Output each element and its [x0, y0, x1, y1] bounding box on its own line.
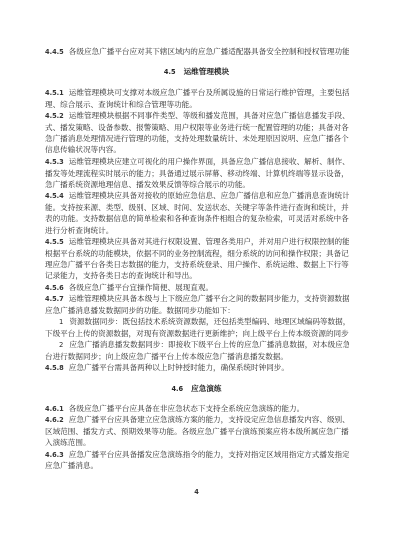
- clause-4-5-5-cont: 记录能力，支持各类日志的查询统计和导出。: [45, 270, 349, 281]
- clause-4-5-2-cont: 式、播发策略、设备参数、报警策略、用户权限等业务进行统一配置管理的功能；具备对各…: [45, 122, 349, 133]
- clause-4-5-1: 4.5.1运维管理模块可支撑对本级应急广播平台及所属设施的日常运行维护管理，主要…: [45, 87, 349, 98]
- clause-number: 4.5.6: [45, 284, 64, 292]
- clause-4-5-4: 4.5.4运维管理模块应具备对接收的原始应急信息、应急广播信息和应急广播消息查询…: [45, 190, 349, 201]
- heading-title: 运维管理模块: [184, 67, 230, 76]
- clause-4-5-2: 4.5.2运维管理模块根据不同事件类型、等级和播发范围，具备对应急广播信息播发手…: [45, 110, 349, 121]
- clause-text: 运维管理模块应建立可视化的用户操作界面，具备应急广播信息接收、解析、制作、传输、: [69, 157, 349, 166]
- list-item-2-cont: 台进行数据同步；向上级应急广播平台上传本级应急广播消息播发数据。: [45, 351, 349, 362]
- clause-4-5-3-cont: 播发等处理流程实时展示的能力；具备通过展示屏幕、移动终端、计算机终端等显示设备，…: [45, 168, 349, 179]
- clause-4-5-2-cont: 信息传输状况等内容。: [45, 144, 349, 155]
- item-number: 1: [59, 318, 63, 326]
- clause-text: 运维管理模块应具备本级与上下级应急广播平台之间的数据同步能力，支持资源数据同步和: [69, 294, 349, 303]
- clause-4-6-2: 4.6.2应急广播平台应具备建立应急演练方案的能力，支持设定应急信息播发内容、级…: [45, 414, 349, 425]
- clause-4-5-3-cont: 急广播系统资源地理信息、播发效果反馈等综合展示的功能。: [45, 179, 349, 190]
- clause-4-6-3: 4.6.3应急广播平台应具备播发应急演练指令的能力，支持对指定区域用指定方式播发…: [45, 449, 349, 460]
- clause-text: 运维管理模块根据不同事件类型、等级和播发范围，具备对应急广播信息播发手段、呈现方: [69, 111, 349, 120]
- clause-text: 运维管理模块可支撑对本级应急广播平台及所属设施的日常运行维护管理，主要包括业务管: [69, 88, 349, 97]
- clause-number: 4.6.3: [45, 451, 64, 459]
- clause-text: 运维管理模块应具备对其进行权限设置、管理各类用户，并对用户进行权限控制的能力。即: [69, 237, 349, 246]
- clause-text: 应急广播平台应具备播发应急演练指令的能力，支持对指定区域用指定方式播发指定内容的: [69, 450, 349, 459]
- clause-4-6-2-cont: 区域范围、播发方式、预期效果等功能。各级应急广播平台演练预案应将本级所属应急广播…: [45, 426, 349, 437]
- clause-4-5-1-cont: 理、综合展示、查询统计和综合管理等功能。: [45, 99, 349, 110]
- clause-4-5-4-cont: 表的功能。支持数据信息的简单检索和各种查询条件相组合的复杂检索，可灵活对系统中各…: [45, 213, 349, 224]
- item-text: 应急广播消息播发数据同步：即接收下级平台上传的应急广播消息数据，对本级应急广播平: [69, 340, 349, 349]
- clause-text: 各级应急广播平台应具备在非应急状态下支持全系统应急演练的能力。: [69, 404, 304, 413]
- document-page: 4.4.5各级应急广播平台应对其下辖区域内的应急广播适配器具备安全控制和授权管理…: [0, 0, 393, 548]
- clause-4-5-6: 4.5.6各级应急广播平台宜操作简便、展现直观。: [45, 282, 349, 293]
- page-number: 4: [0, 488, 393, 496]
- item-text: 资源数据同步：既包括技术系统资源数据，还包括类型编码、地理区域编码等数据，即接收: [69, 317, 349, 326]
- item-number: 2: [59, 341, 63, 349]
- heading-number: 4.5: [164, 68, 176, 76]
- clause-number: 4.5.3: [45, 158, 64, 166]
- clause-text: 应急广播平台需具备两种以上时钟授时能力，确保系统时钟同步。: [69, 363, 289, 372]
- clause-number: 4.6.2: [45, 416, 64, 424]
- heading-title: 应急演练: [191, 384, 221, 393]
- clause-4-5-5-cont: 理应急广播平台各类日志数据的能力，支持系统登录、用户操作、系统运维、数据上下行等…: [45, 259, 349, 270]
- clause-4-5-7-cont: 应急广播消息播发数据同步的功能。数据同步功能如下：: [45, 305, 349, 316]
- clause-4-5-5: 4.5.5运维管理模块应具备对其进行权限设置、管理各类用户，并对用户进行权限控制…: [45, 236, 349, 247]
- clause-text: 运维管理模块应具备对接收的原始应急信息、应急广播信息和应急广播消息查询统计的功: [69, 191, 349, 200]
- clause-number: 4.4.5: [45, 48, 64, 56]
- clause-text: 各级应急广播平台宜操作简便、展现直观。: [69, 283, 213, 292]
- clause-4-6-1: 4.6.1各级应急广播平台应具备在非应急状态下支持全系统应急演练的能力。: [45, 403, 349, 414]
- clause-number: 4.5.7: [45, 295, 64, 303]
- clause-number: 4.6.1: [45, 405, 64, 413]
- clause-4-5-7: 4.5.7运维管理模块应具备本级与上下级应急广播平台之间的数据同步能力，支持资源…: [45, 293, 349, 304]
- clause-4-6-3-cont: 应急广播消息。: [45, 460, 349, 471]
- heading-number: 4.6: [171, 385, 183, 393]
- clause-number: 4.5.4: [45, 192, 64, 200]
- clause-number: 4.5.1: [45, 89, 64, 97]
- clause-number: 4.5.5: [45, 238, 64, 246]
- clause-4-5-4-cont: 能。支持按来源、类型、级别、区域、时间、发送状态、关键字等条件进行查询和统计，并…: [45, 202, 349, 213]
- clause-4-5-2-cont: 急广播消息处理情况进行管理的功能，支持处理数量统计、未处理原因说明、应急广播各个…: [45, 133, 349, 144]
- clause-text: 应急广播平台应具备建立应急演练方案的能力，支持设定应急信息播发内容、级别、时间、: [69, 415, 349, 424]
- clause-4-4-5: 4.4.5各级应急广播平台应对其下辖区域内的应急广播适配器具备安全控制和授权管理…: [45, 46, 349, 57]
- list-item-1: 1资源数据同步：既包括技术系统资源数据，还包括类型编码、地理区域编码等数据，即接…: [45, 316, 349, 327]
- clause-number: 4.5.2: [45, 112, 64, 120]
- list-item-2: 2应急广播消息播发数据同步：即接收下级平台上传的应急广播消息数据，对本级应急广播…: [45, 339, 349, 350]
- clause-4-5-8: 4.5.8应急广播平台需具备两种以上时钟授时能力，确保系统时钟同步。: [45, 362, 349, 373]
- clause-4-5-4-cont: 进行分析查询统计。: [45, 225, 349, 236]
- clause-number: 4.5.8: [45, 364, 64, 372]
- clause-4-6-2-cont: 入演练范围。: [45, 437, 349, 448]
- clause-4-5-3: 4.5.3运维管理模块应建立可视化的用户操作界面，具备应急广播信息接收、解析、制…: [45, 156, 349, 167]
- section-heading-4-5: 4.5运维管理模块: [0, 66, 393, 78]
- list-item-1-cont: 下级平台上传的资源数据，对现有资源数据进行更新维护；向上级平台上传本级资源的同步…: [45, 328, 349, 339]
- clause-4-5-5-cont: 根据平台系统的功能模块，依据不同的业务控制流程，细分系统的访问和操作权限；具备记…: [45, 248, 349, 259]
- section-heading-4-6: 4.6应急演练: [0, 383, 393, 395]
- clause-text: 各级应急广播平台应对其下辖区域内的应急广播适配器具备安全控制和授权管理功能。: [69, 47, 349, 56]
